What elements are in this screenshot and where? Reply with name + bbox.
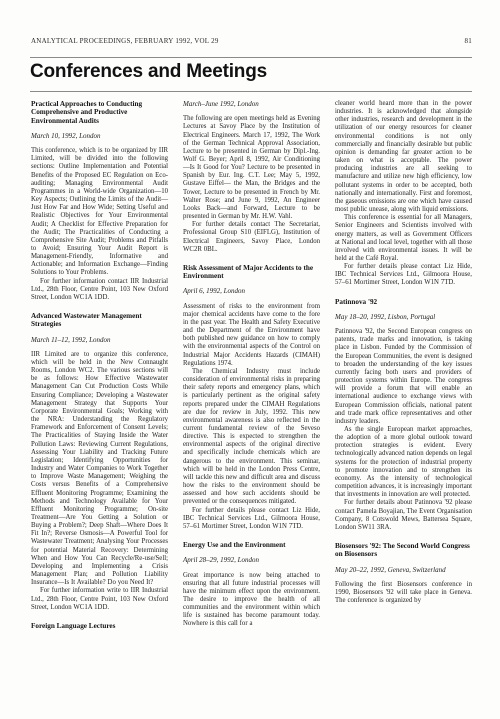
event-date: March–June 1992, London: [183, 100, 320, 108]
event-heading: Advanced Wastewater Management Strategie…: [31, 312, 168, 329]
paragraph: IIR Limited are to organize this confere…: [31, 351, 168, 588]
paragraph: Great importance is now being attached t…: [183, 572, 320, 629]
event-date: March 11–12, 1992, London: [31, 336, 168, 344]
event-date: May 18–20, 1992, Lisbon, Portugal: [335, 313, 472, 321]
paragraph: Assessment of risks to the environment f…: [183, 303, 320, 368]
paragraph: The Chemical Industry must include consi…: [183, 368, 320, 507]
paragraph: For further details about Patinnova '92 …: [335, 499, 472, 532]
event-heading: Biosensors '92: The Second World Congres…: [335, 542, 472, 559]
event-date: April 28–29, 1992, London: [183, 556, 320, 564]
page-title: Conferences and Meetings: [30, 61, 267, 83]
event-date: April 6, 1992, London: [183, 287, 320, 295]
event-heading: Foreign Language Lectures: [31, 622, 168, 630]
journal-page: ANALYTICAL PROCEEDINGS, FEBRUARY 1992, V…: [0, 0, 500, 719]
paragraph: For further details contact The Secretar…: [183, 221, 320, 254]
event-date: May 20–22, 1992, Geneva, Switzerland: [335, 566, 472, 574]
paragraph: For further information contact IIR Indu…: [31, 278, 168, 302]
column-3: cleaner world heard more than in the pow…: [335, 100, 472, 637]
paragraph: cleaner world heard more than in the pow…: [335, 100, 472, 214]
column-2: March–June 1992, LondonThe following are…: [183, 100, 320, 637]
header-rule: [30, 57, 472, 58]
event-heading: Energy Use and the Environment: [183, 541, 320, 549]
paragraph: This conference, which is to be organize…: [31, 147, 168, 278]
event-heading: Patinnova '92: [335, 298, 472, 306]
event-date: March 10, 1992, London: [31, 132, 168, 140]
paragraph: For further details please contact Liz H…: [183, 507, 320, 531]
page-number: 81: [465, 37, 473, 45]
paragraph: This conference is essential for all Man…: [335, 214, 472, 263]
title-rule: [30, 91, 472, 92]
event-heading: Practical Approaches to Conducting Compr…: [31, 100, 168, 125]
paragraph: Patinnova '92, the Second European congr…: [335, 328, 472, 426]
article-columns: Practical Approaches to Conducting Compr…: [31, 100, 472, 637]
event-heading: Risk Assessment of Major Accidents to th…: [183, 264, 320, 281]
journal-header: ANALYTICAL PROCEEDINGS, FEBRUARY 1992, V…: [31, 37, 472, 45]
paragraph: For further details please contact Liz H…: [335, 263, 472, 287]
journal-header-line: ANALYTICAL PROCEEDINGS, FEBRUARY 1992, V…: [31, 37, 219, 45]
paragraph: The following are open meetings held as …: [183, 115, 320, 221]
paragraph: As the single European market approaches…: [335, 426, 472, 499]
paragraph: Following the first Biosensors conferenc…: [335, 581, 472, 605]
column-1: Practical Approaches to Conducting Compr…: [31, 100, 168, 637]
paragraph: For further information write to IIR Ind…: [31, 587, 168, 611]
